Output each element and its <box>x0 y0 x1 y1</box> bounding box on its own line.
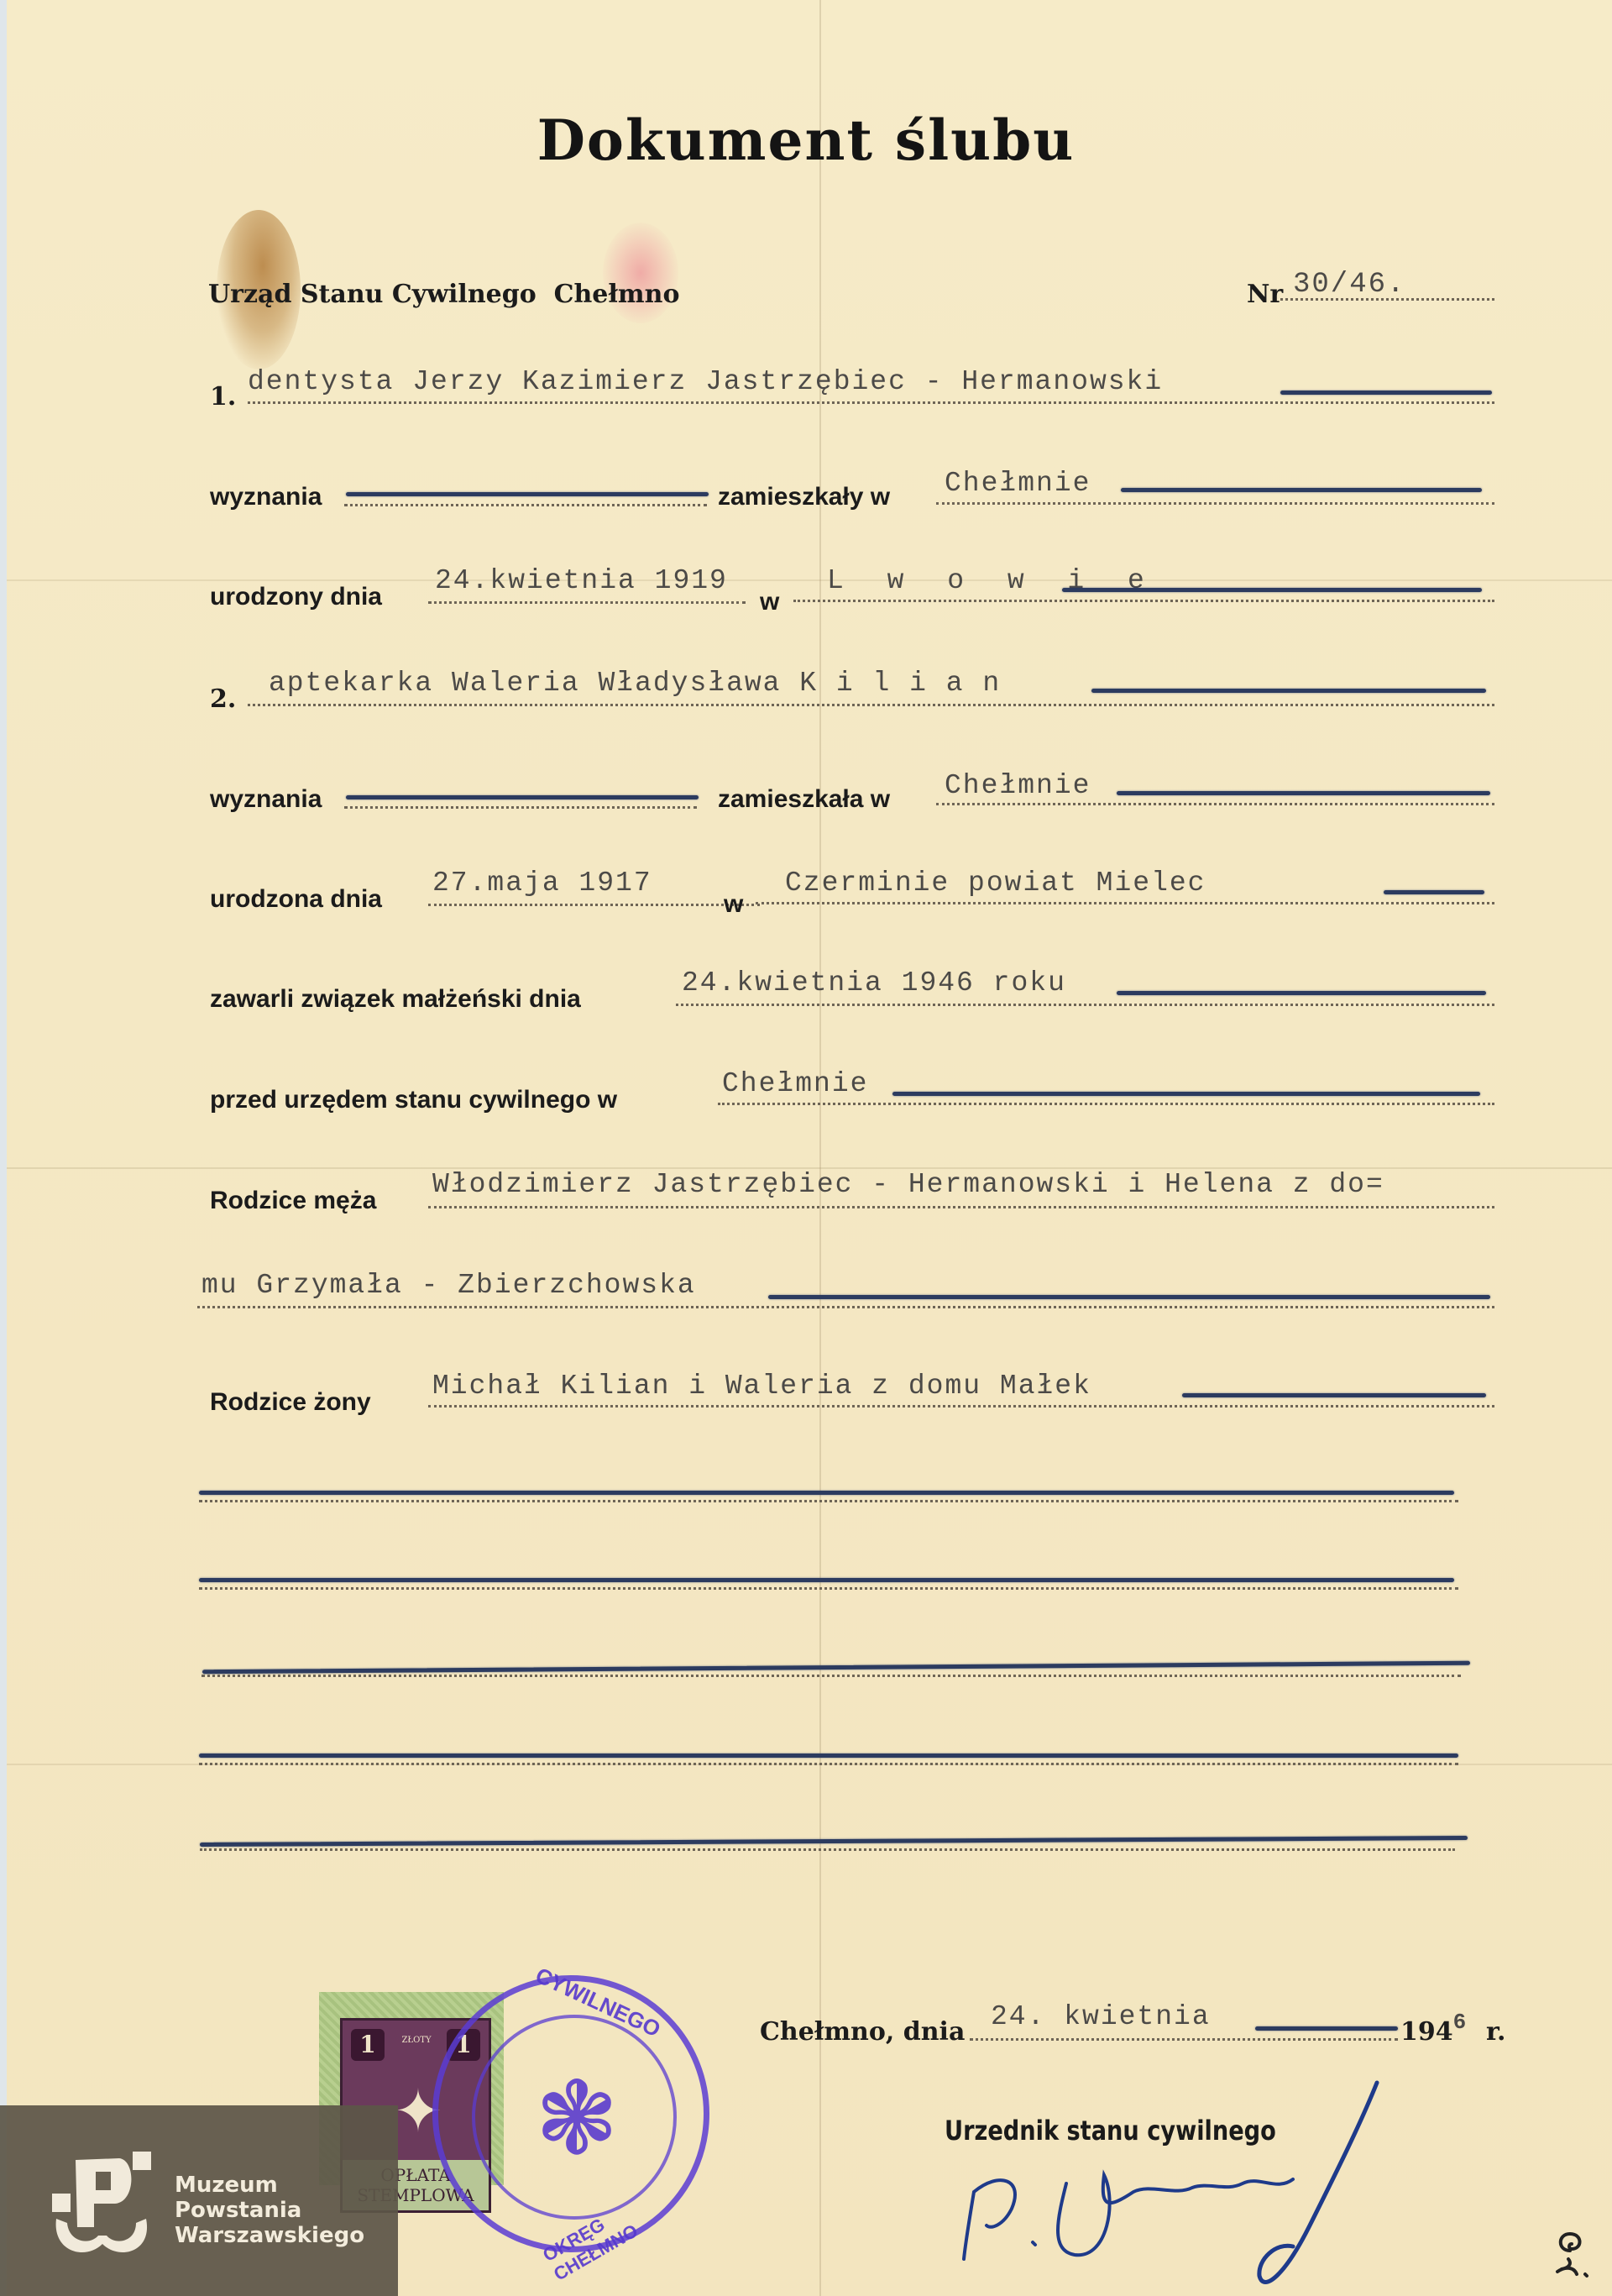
person1-index: 1. <box>210 382 236 411</box>
dotted-line <box>200 1848 1455 1851</box>
fill-line <box>1117 991 1486 995</box>
museum-name: Muzeum Powstania Warszawskiego <box>175 2173 364 2248</box>
dotted-line <box>676 1004 1494 1006</box>
person1-residence: Chełmnie <box>945 468 1091 499</box>
person2-residence-label: zamieszkała w <box>718 785 890 814</box>
museum-name-line: Powstania <box>175 2198 364 2223</box>
bride-parents: Michał Kilian i Waleria z domu Małek <box>432 1371 1091 1402</box>
person1-birth-place-label: w <box>760 588 779 616</box>
person1-religion-field <box>346 492 709 496</box>
blank-fill-line <box>199 1578 1454 1582</box>
person2-index: 2. <box>210 684 236 714</box>
groom-parents-line2: mu Grzymała - Zbierzchowska <box>201 1270 696 1301</box>
dotted-line <box>197 1306 1494 1308</box>
groom-parents-label: Rodzice męża <box>210 1187 376 1215</box>
person1-name: dentysta Jerzy Kazimierz Jastrzębiec - H… <box>248 366 1163 397</box>
dotted-line <box>201 1675 1461 1677</box>
museum-name-line: Muzeum <box>175 2173 364 2198</box>
place-date-label: Chełmno, dnia <box>760 2017 965 2047</box>
marriage-office-label: przed urzędem stanu cywilnego w <box>210 1086 617 1114</box>
dotted-line <box>936 502 1494 505</box>
dotted-line <box>936 803 1494 805</box>
person1-religion-label: wyznania <box>210 483 322 511</box>
person2-residence: Chełmnie <box>945 770 1091 801</box>
signature <box>940 2074 1444 2293</box>
fold-line <box>7 579 1612 581</box>
person1-birth-label: urodzony dnia <box>210 583 382 611</box>
number-dotted-line <box>1280 298 1494 301</box>
office-label: Urząd Stanu Cywilnego Chełmno <box>208 280 679 309</box>
fill-line <box>1117 791 1490 795</box>
fill-line <box>1091 689 1486 693</box>
fill-line <box>1280 391 1492 395</box>
document-page <box>7 0 1612 2296</box>
office-label-text: Urząd Stanu Cywilnego <box>208 280 536 309</box>
fill-line <box>1384 890 1484 894</box>
person2-birth-date: 27.maja 1917 <box>432 868 652 899</box>
dotted-line <box>428 601 746 604</box>
issue-date: 24. kwietnia <box>991 2001 1211 2032</box>
kotwica-logo-icon <box>52 2152 153 2261</box>
office-place: Chełmno <box>554 280 680 309</box>
person2-birth-label: urodzona dnia <box>210 885 382 914</box>
person2-birth-place-label: w <box>724 890 743 919</box>
dotted-line <box>970 2038 1398 2041</box>
fill-line <box>1062 588 1482 592</box>
dotted-line <box>718 1103 1494 1105</box>
eagle-seal-icon: ❃ <box>518 2052 636 2187</box>
fold-line-vertical <box>819 0 821 2296</box>
dotted-line <box>344 504 707 506</box>
fill-line <box>1182 1393 1486 1397</box>
dotted-line <box>199 1500 1458 1502</box>
fill-line <box>1121 488 1482 492</box>
dotted-line <box>428 1405 1494 1407</box>
stamp-currency: ZŁOTY <box>395 2036 438 2045</box>
person2-religion-field <box>346 795 699 799</box>
marriage-date-label: zawarli związek małżeński dnia <box>210 985 581 1014</box>
dotted-line <box>199 1587 1458 1590</box>
dotted-line <box>793 600 1494 602</box>
person1-residence-label: zamieszkały w <box>718 483 890 511</box>
issue-year: 1946 <box>1400 2017 1466 2047</box>
groom-parents-line1: Włodzimierz Jastrzębiec - Hermanowski i … <box>432 1169 1384 1200</box>
number-label: Nr <box>1247 280 1283 309</box>
stamp-value: 1 <box>351 2029 385 2061</box>
document-title: Dokument ślubu <box>0 107 1612 173</box>
museum-name-line: Warszawskiego <box>175 2223 364 2248</box>
fill-line <box>768 1295 1490 1299</box>
person2-birth-place: Czerminie powiat Mielec <box>785 868 1206 899</box>
person2-name: aptekarka Waleria Władysława K i l i a n <box>269 668 1001 699</box>
person1-birth-date: 24.kwietnia 1919 <box>435 565 728 596</box>
person2-religion-label: wyznania <box>210 785 322 814</box>
dotted-line <box>428 1206 1494 1208</box>
year-prefix: 194 <box>1400 2017 1453 2047</box>
dotted-line <box>344 806 697 809</box>
dotted-line <box>199 1763 1458 1765</box>
blank-fill-line <box>199 1491 1454 1495</box>
year-suffix: 6 <box>1453 2010 1467 2035</box>
bride-parents-label: Rodzice żony <box>210 1388 371 1417</box>
museum-watermark: Muzeum Powstania Warszawskiego <box>0 2105 398 2296</box>
official-seal: CYWILNEGO OKRĘG CHEŁMNO ❃ <box>432 1975 709 2252</box>
dotted-line <box>248 401 1494 404</box>
blank-fill-line <box>199 1753 1458 1758</box>
year-unit: r. <box>1486 2017 1506 2047</box>
marriage-office: Chełmnie <box>722 1068 868 1099</box>
archive-mark <box>1545 2225 1595 2284</box>
document-number: 30/46. <box>1293 269 1405 301</box>
dotted-line <box>248 704 1494 706</box>
dotted-line <box>428 904 760 906</box>
fill-line <box>1255 2026 1398 2031</box>
dotted-line <box>756 902 1494 904</box>
marriage-date: 24.kwietnia 1946 roku <box>682 967 1066 999</box>
fill-line <box>892 1092 1480 1096</box>
